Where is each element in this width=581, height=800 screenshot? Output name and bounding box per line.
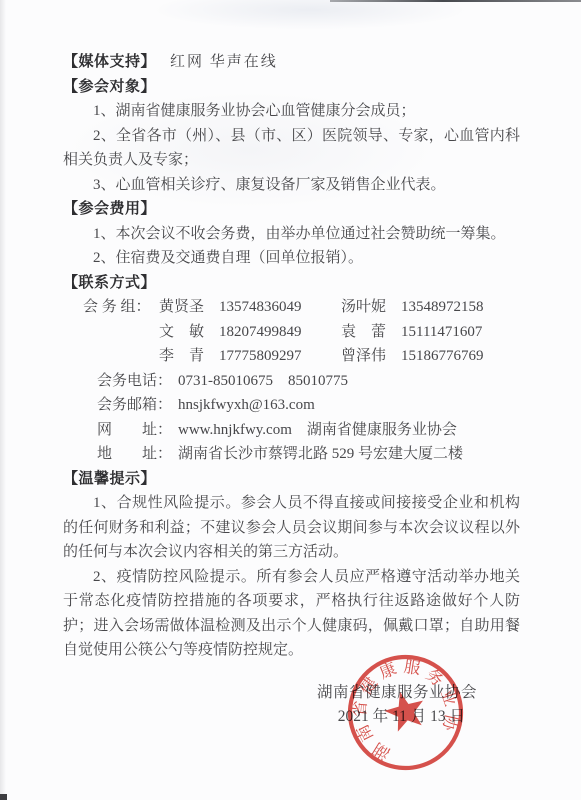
- section-heading-fees: 【参会费用】: [63, 197, 520, 222]
- email-value: hnsjkfwyxh@163.com: [172, 393, 315, 418]
- contact-staff-row: 会 务 组： 黄贤圣 13574836049 汤叶妮 13548972158: [63, 295, 520, 320]
- website-value: www.hnjkfwy.com 湖南省健康服务业协会: [172, 418, 457, 443]
- star-icon: [381, 687, 429, 734]
- staff-phone: 15111471607: [393, 320, 482, 345]
- phone-label: 会务电话：: [97, 369, 172, 394]
- staff-phone: 15186776769: [393, 344, 484, 369]
- staff-label-spacer: [83, 320, 159, 345]
- section-media-support: 【媒体支持】红网 华声在线: [63, 50, 520, 75]
- staff-phone: 13574836049: [211, 295, 341, 320]
- staff-name: 李 青: [159, 344, 211, 369]
- staff-phone: 17775809297: [211, 344, 341, 369]
- tips-item: 1、合规性风险提示。参会人员不得直接或间接接受企业和机构的任何财务和利益；不建议…: [63, 491, 520, 565]
- website-label: 网 址：: [97, 418, 172, 443]
- scan-corner-artifact: [0, 794, 7, 800]
- staff-label: 会 务 组：: [83, 295, 159, 320]
- contact-email-row: 会务邮箱： hnsjkfwyxh@163.com: [63, 393, 520, 418]
- official-seal: 湖南省健康服务业协会: [344, 651, 467, 774]
- section-heading-contact: 【联系方式】: [63, 271, 520, 296]
- scan-left-edge-shade: [0, 0, 6, 800]
- attendees-item: 3、心血管相关诊疗、康复设备厂家及销售企业代表。: [63, 173, 520, 198]
- scan-smudge: [150, 0, 470, 30]
- contact-phone-row: 会务电话： 0731-85010675 85010775: [63, 369, 520, 394]
- staff-name: 袁 蕾: [341, 320, 393, 345]
- contact-staff-row: 文 敏 18207499849 袁 蕾 15111471607: [63, 320, 520, 345]
- section-heading: 【媒体支持】: [63, 54, 156, 70]
- scan-top-edge-artifact: [330, 0, 581, 2]
- staff-name: 黄贤圣: [159, 295, 211, 320]
- staff-name: 文 敏: [159, 320, 211, 345]
- section-heading-attendees: 【参会对象】: [63, 75, 520, 100]
- contact-address-row: 地 址： 湖南省长沙市蔡锷北路 529 号宏建大厦二楼: [63, 442, 520, 467]
- address-label: 地 址：: [97, 442, 172, 467]
- scanned-document-page: 【媒体支持】红网 华声在线 【参会对象】 1、湖南省健康服务业协会心血管健康分会…: [0, 0, 581, 800]
- media-support-value: 红网 华声在线: [170, 54, 278, 70]
- attendees-item: 1、湖南省健康服务业协会心血管健康分会成员；: [63, 99, 520, 124]
- fees-item: 2、住宿费及交通费自理（回单位报销）。: [63, 246, 520, 271]
- staff-name: 曾泽伟: [341, 344, 393, 369]
- phone-value: 0731-85010675 85010775: [172, 369, 348, 394]
- section-heading-tips: 【温馨提示】: [63, 467, 520, 492]
- fees-item: 1、本次会议不收会务费，由举办单位通过社会赞助统一筹集。: [63, 222, 520, 247]
- staff-phone: 18207499849: [211, 320, 341, 345]
- staff-phone: 13548972158: [393, 295, 484, 320]
- staff-label-spacer: [83, 344, 159, 369]
- staff-name: 汤叶妮: [341, 295, 393, 320]
- contact-website-row: 网 址： www.hnjkfwy.com 湖南省健康服务业协会: [63, 418, 520, 443]
- address-value: 湖南省长沙市蔡锷北路 529 号宏建大厦二楼: [172, 442, 463, 467]
- document-body: 【媒体支持】红网 华声在线 【参会对象】 1、湖南省健康服务业协会心血管健康分会…: [63, 50, 520, 663]
- tips-item: 2、疫情防控风险提示。所有参会人员应严格遵守活动举办地关于常态化疫情防控措施的各…: [63, 565, 520, 663]
- contact-staff-row: 李 青 17775809297 曾泽伟 15186776769: [63, 344, 520, 369]
- email-label: 会务邮箱：: [97, 393, 172, 418]
- attendees-item: 2、全省各市（州）、县（市、区）医院领导、专家，心血管内科相关负责人及专家；: [63, 124, 520, 173]
